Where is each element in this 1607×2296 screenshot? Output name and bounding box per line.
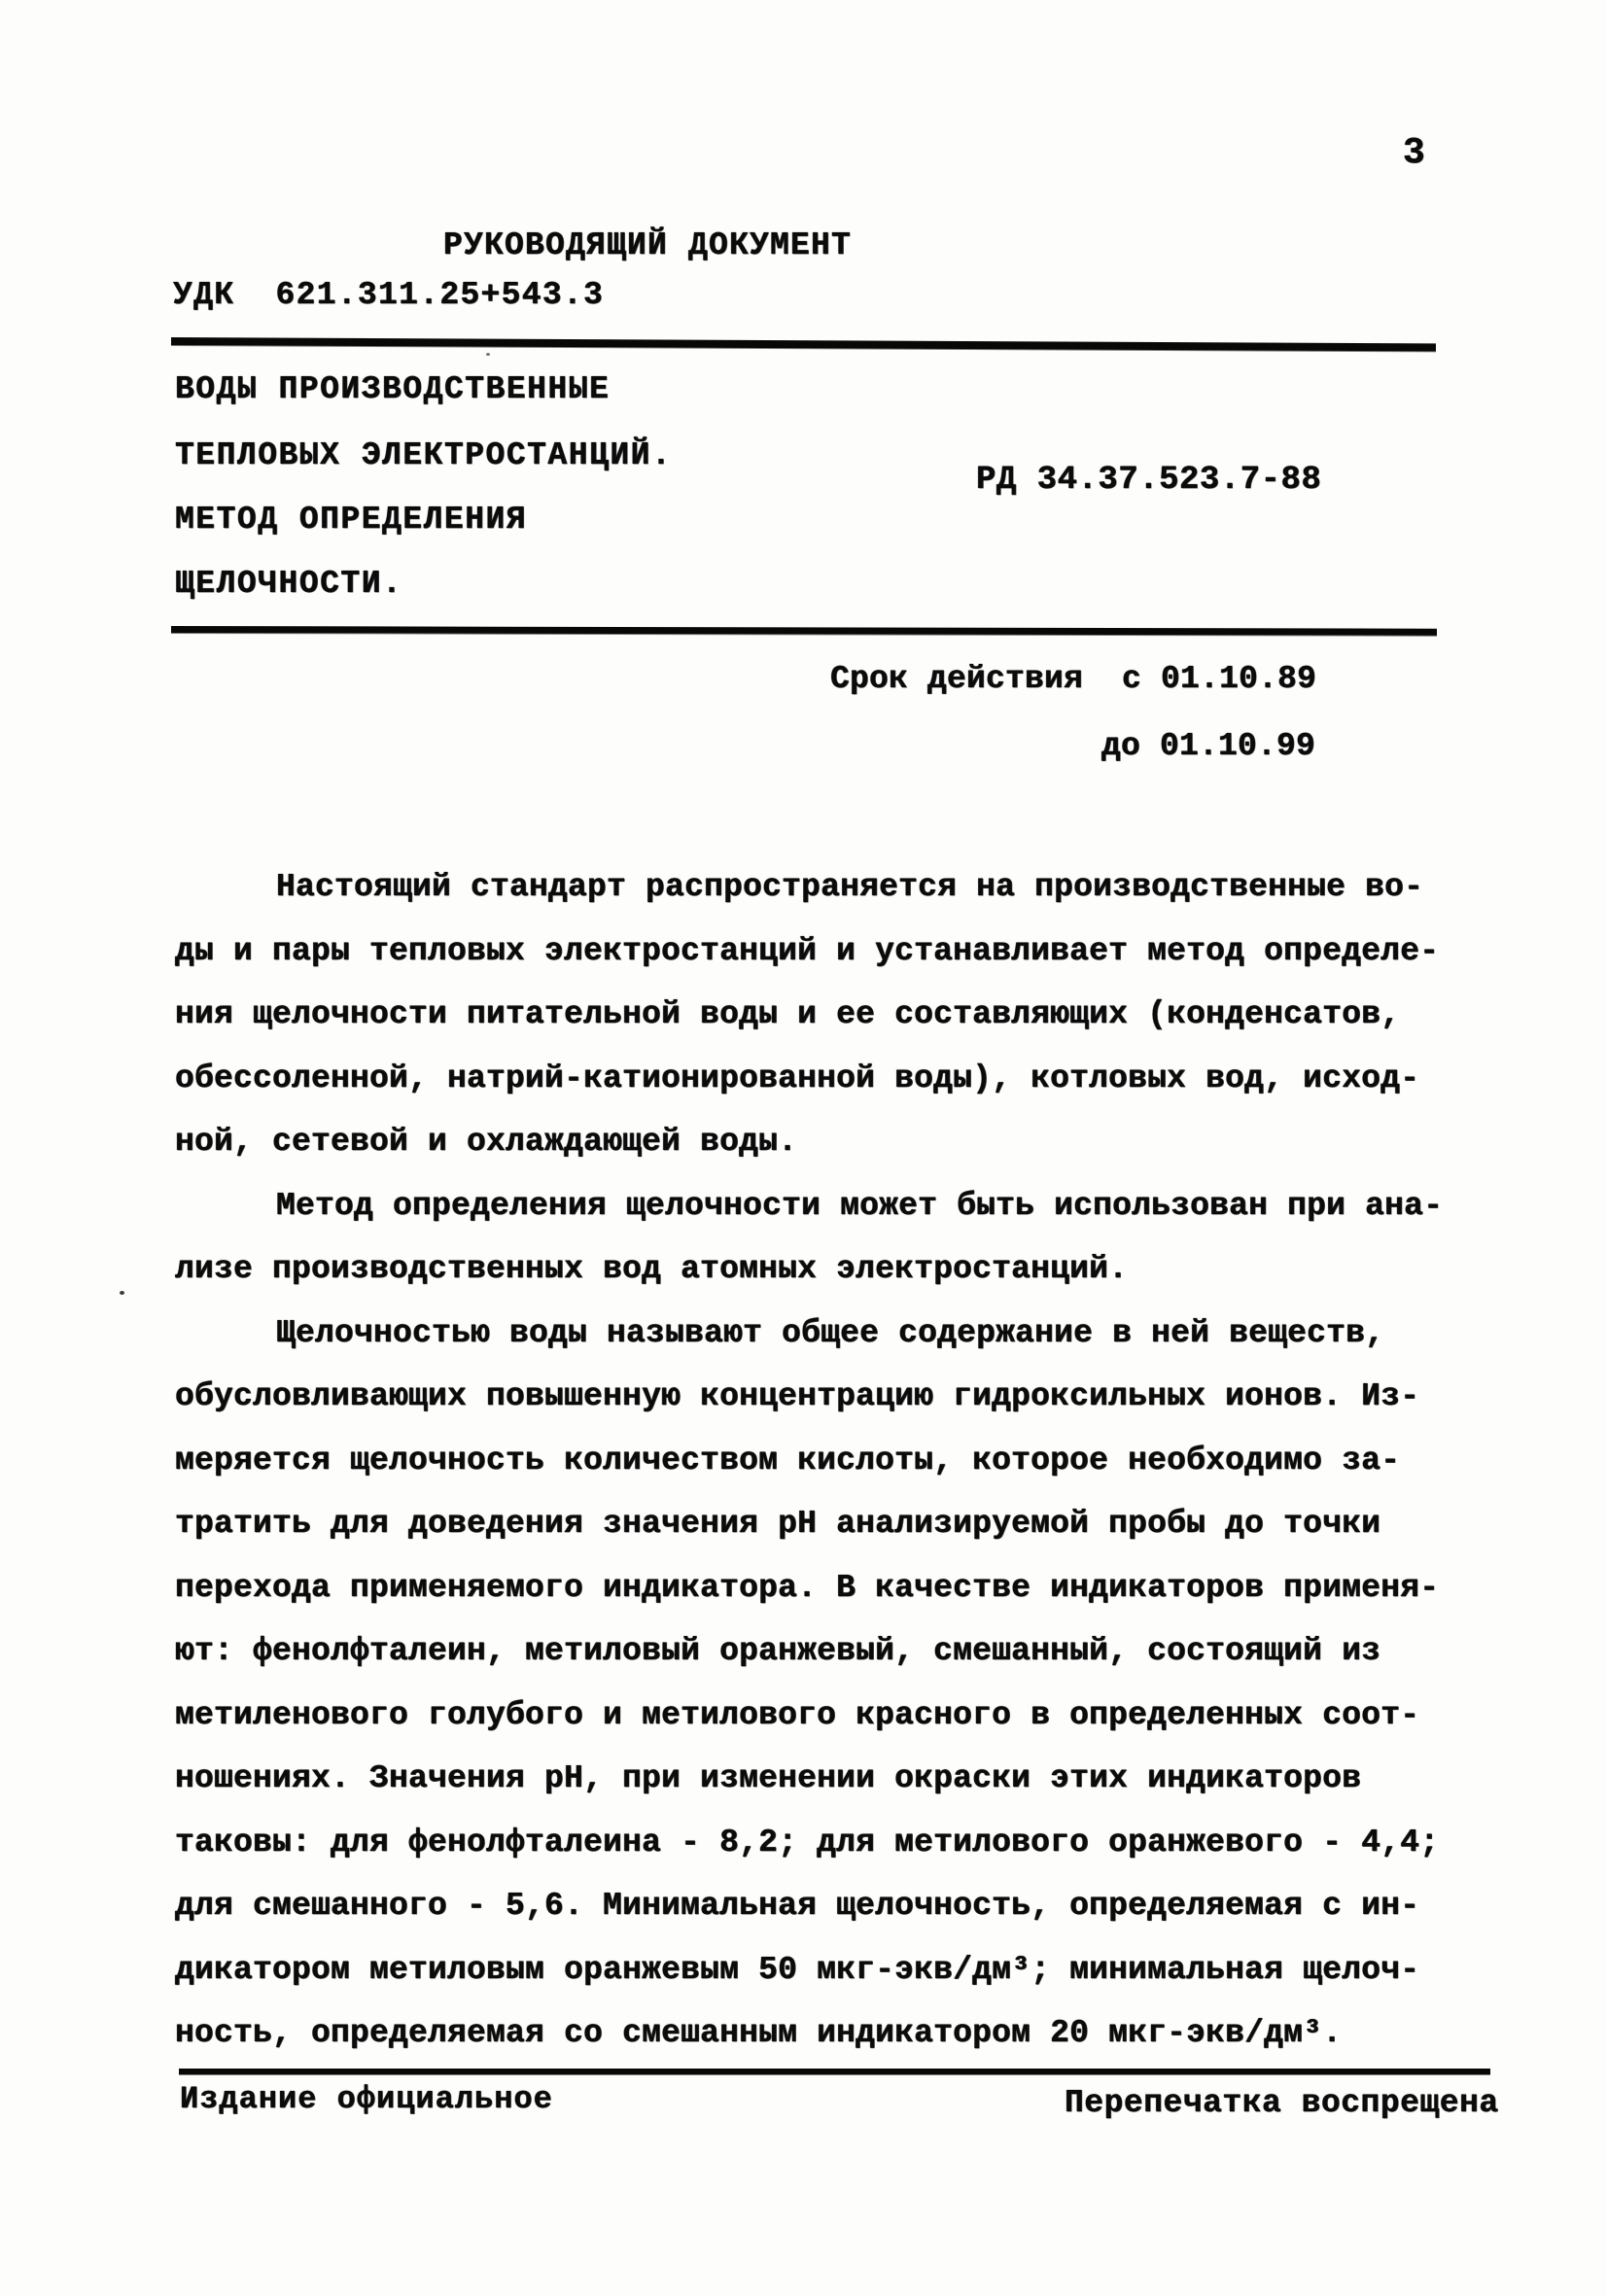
body-line: ды и пары тепловых электростанций и уста… <box>175 920 1478 984</box>
title-line: ТЕПЛОВЫХ ЭЛЕКТРОСТАНЦИЙ. <box>175 436 672 475</box>
body-line: ют: фенолфталеин, метиловый оранжевый, с… <box>175 1619 1478 1684</box>
footer-divider-rule <box>179 2069 1490 2074</box>
validity-to: до 01.10.99 <box>1101 727 1315 766</box>
body-line: ношениях. Значения рН, при изменении окр… <box>175 1747 1478 1811</box>
mid-divider-rule <box>171 626 1437 636</box>
body-line: для смешанного - 5,6. Минимальная щелочн… <box>175 1874 1478 1938</box>
top-divider-rule <box>171 337 1436 351</box>
body-line: ния щелочности питательной воды и ее сос… <box>175 983 1478 1047</box>
scan-artifact-dot <box>120 1291 124 1295</box>
udk-code: УДК 621.311.25+543.3 <box>173 276 604 315</box>
body-line: ной, сетевой и охлаждающей воды. <box>175 1110 1478 1174</box>
body-line: дикатором метиловым оранжевым 50 мкг-экв… <box>175 1938 1478 2002</box>
body-line: меряется щелочность количеством кислоты,… <box>175 1429 1478 1493</box>
body-line: перехода применяемого индикатора. В каче… <box>175 1556 1478 1620</box>
body-text-block: Настоящий стандарт распространяется на п… <box>175 855 1478 2066</box>
body-line: метиленового голубого и метилового красн… <box>175 1684 1478 1748</box>
scanned-standard-page: 3 РУКОВОДЯЩИЙ ДОКУМЕНТ УДК 621.311.25+54… <box>0 0 1607 2296</box>
body-line: ность, определяемая со смешанным индикат… <box>175 2001 1478 2066</box>
official-edition-note: Издание официальное <box>180 2080 553 2119</box>
title-line: ЩЕЛОЧНОСТИ. <box>175 565 402 604</box>
reprint-forbidden-note: Перепечатка воспрещена <box>1065 2084 1499 2123</box>
scan-artifact-dot <box>486 353 490 356</box>
body-line: Щелочностью воды называют общее содержан… <box>175 1302 1478 1366</box>
page-number: 3 <box>1403 134 1425 173</box>
body-line: обессоленной, натрий-катионированной вод… <box>175 1047 1478 1111</box>
validity-from: Срок действия с 01.10.89 <box>830 660 1316 699</box>
body-line: таковы: для фенолфталеина - 8,2; для мет… <box>175 1811 1478 1875</box>
title-line: МЕТОД ОПРЕДЕЛЕНИЯ <box>175 501 527 539</box>
doc-number: РД 34.37.523.7-88 <box>976 461 1321 500</box>
body-line: Настоящий стандарт распространяется на п… <box>175 855 1478 920</box>
title-line: ВОДЫ ПРОИЗВОДСТВЕННЫЕ <box>175 370 610 409</box>
body-line: лизе производственных вод атомных электр… <box>175 1237 1478 1302</box>
body-line: тратить для доведения значения рН анализ… <box>175 1492 1478 1556</box>
body-line: обусловливающих повышенную концентрацию … <box>175 1365 1478 1429</box>
doc-type-heading: РУКОВОДЯЩИЙ ДОКУМЕНТ <box>443 226 852 265</box>
body-line: Метод определения щелочности может быть … <box>175 1174 1478 1238</box>
